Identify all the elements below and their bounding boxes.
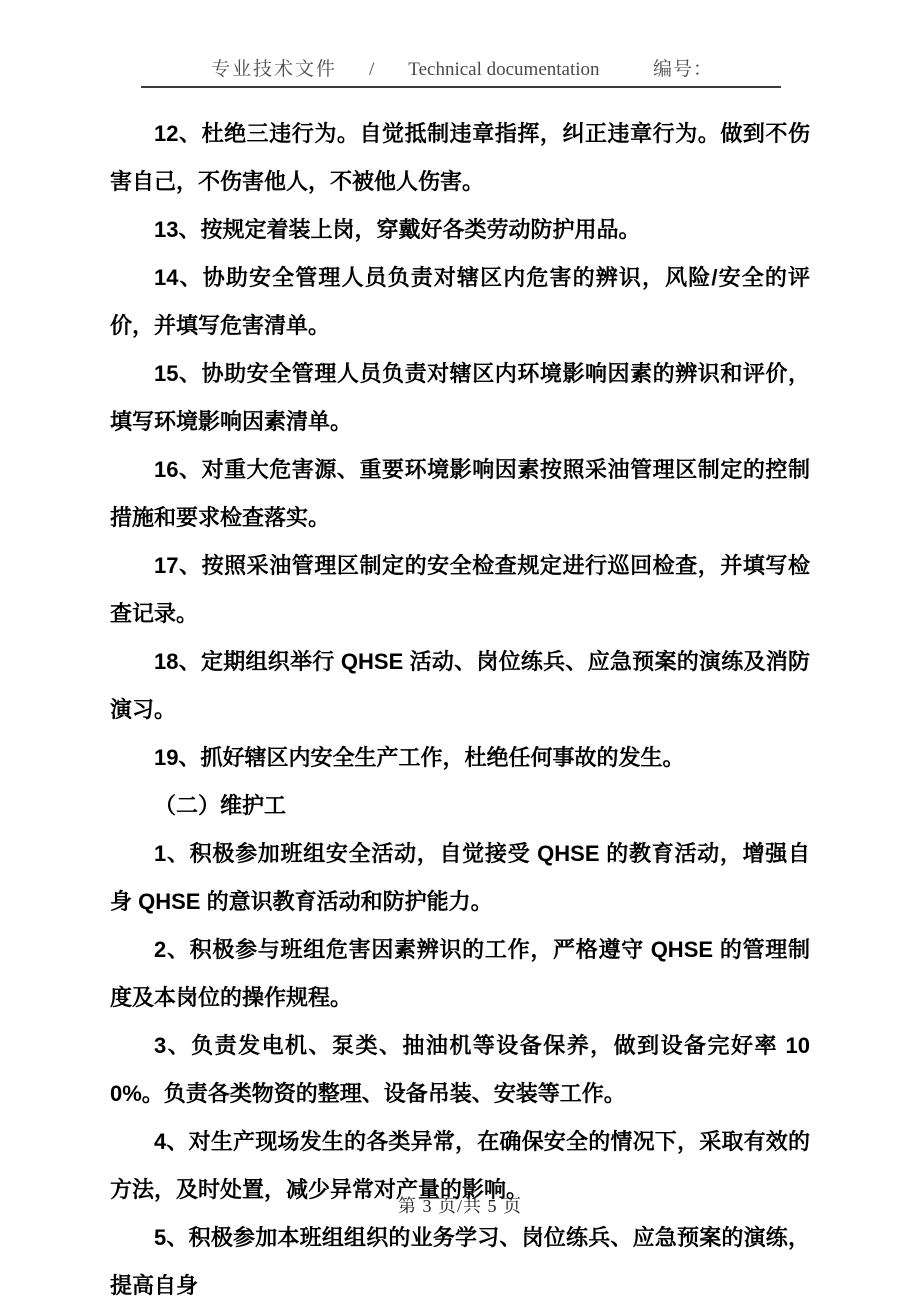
header-number-label: 编号： <box>653 54 713 81</box>
para-item-18: 18、定期组织举行 QHSE 活动、岗位练兵、应急预案的演练及消防演习。 <box>110 638 810 734</box>
page-number: 第 3 页/共 5 页 <box>398 1196 522 1216</box>
para-item-19: 19、抓好辖区内安全生产工作，杜绝任何事故的发生。 <box>110 734 810 782</box>
document-body: 12、杜绝三违行为。自觉抵制违章指挥，纠正违章行为。做到不伤害自己，不伤害他人，… <box>110 110 810 1302</box>
header-separator: / <box>369 59 374 81</box>
para-item-1: 1、积极参加班组安全活动，自觉接受 QHSE 的教育活动，增强自身 QHSE 的… <box>110 830 810 926</box>
para-item-12: 12、杜绝三违行为。自觉抵制违章指挥，纠正违章行为。做到不伤害自己，不伤害他人，… <box>110 110 810 206</box>
header-title-en: Technical documentation <box>408 59 599 81</box>
para-item-5: 5、积极参加本班组组织的业务学习、岗位练兵、应急预案的演练，提高自身 <box>110 1214 810 1302</box>
document-page: 专业技术文件 / Technical documentation 编号： 12、… <box>0 0 920 1302</box>
header-title-cn: 专业技术文件 <box>211 54 337 81</box>
page-footer: 第 3 页/共 5 页 <box>0 1192 920 1218</box>
para-item-14: 14、协助安全管理人员负责对辖区内危害的辨识，风险/安全的评价，并填写危害清单。 <box>110 254 810 350</box>
para-item-3: 3、负责发电机、泵类、抽油机等设备保养，做到设备完好率 100%。负责各类物资的… <box>110 1022 810 1118</box>
page-header: 专业技术文件 / Technical documentation 编号： <box>141 54 781 88</box>
para-item-17: 17、按照采油管理区制定的安全检查规定进行巡回检查，并填写检查记录。 <box>110 542 810 638</box>
para-item-16: 16、对重大危害源、重要环境影响因素按照采油管理区制定的控制措施和要求检查落实。 <box>110 446 810 542</box>
para-item-2: 2、积极参与班组危害因素辨识的工作，严格遵守 QHSE 的管理制度及本岗位的操作… <box>110 926 810 1022</box>
section-heading-maintenance-worker: （二）维护工 <box>110 782 810 830</box>
para-item-13: 13、按规定着装上岗，穿戴好各类劳动防护用品。 <box>110 206 810 254</box>
para-item-15: 15、协助安全管理人员负责对辖区内环境影响因素的辨识和评价，填写环境影响因素清单… <box>110 350 810 446</box>
